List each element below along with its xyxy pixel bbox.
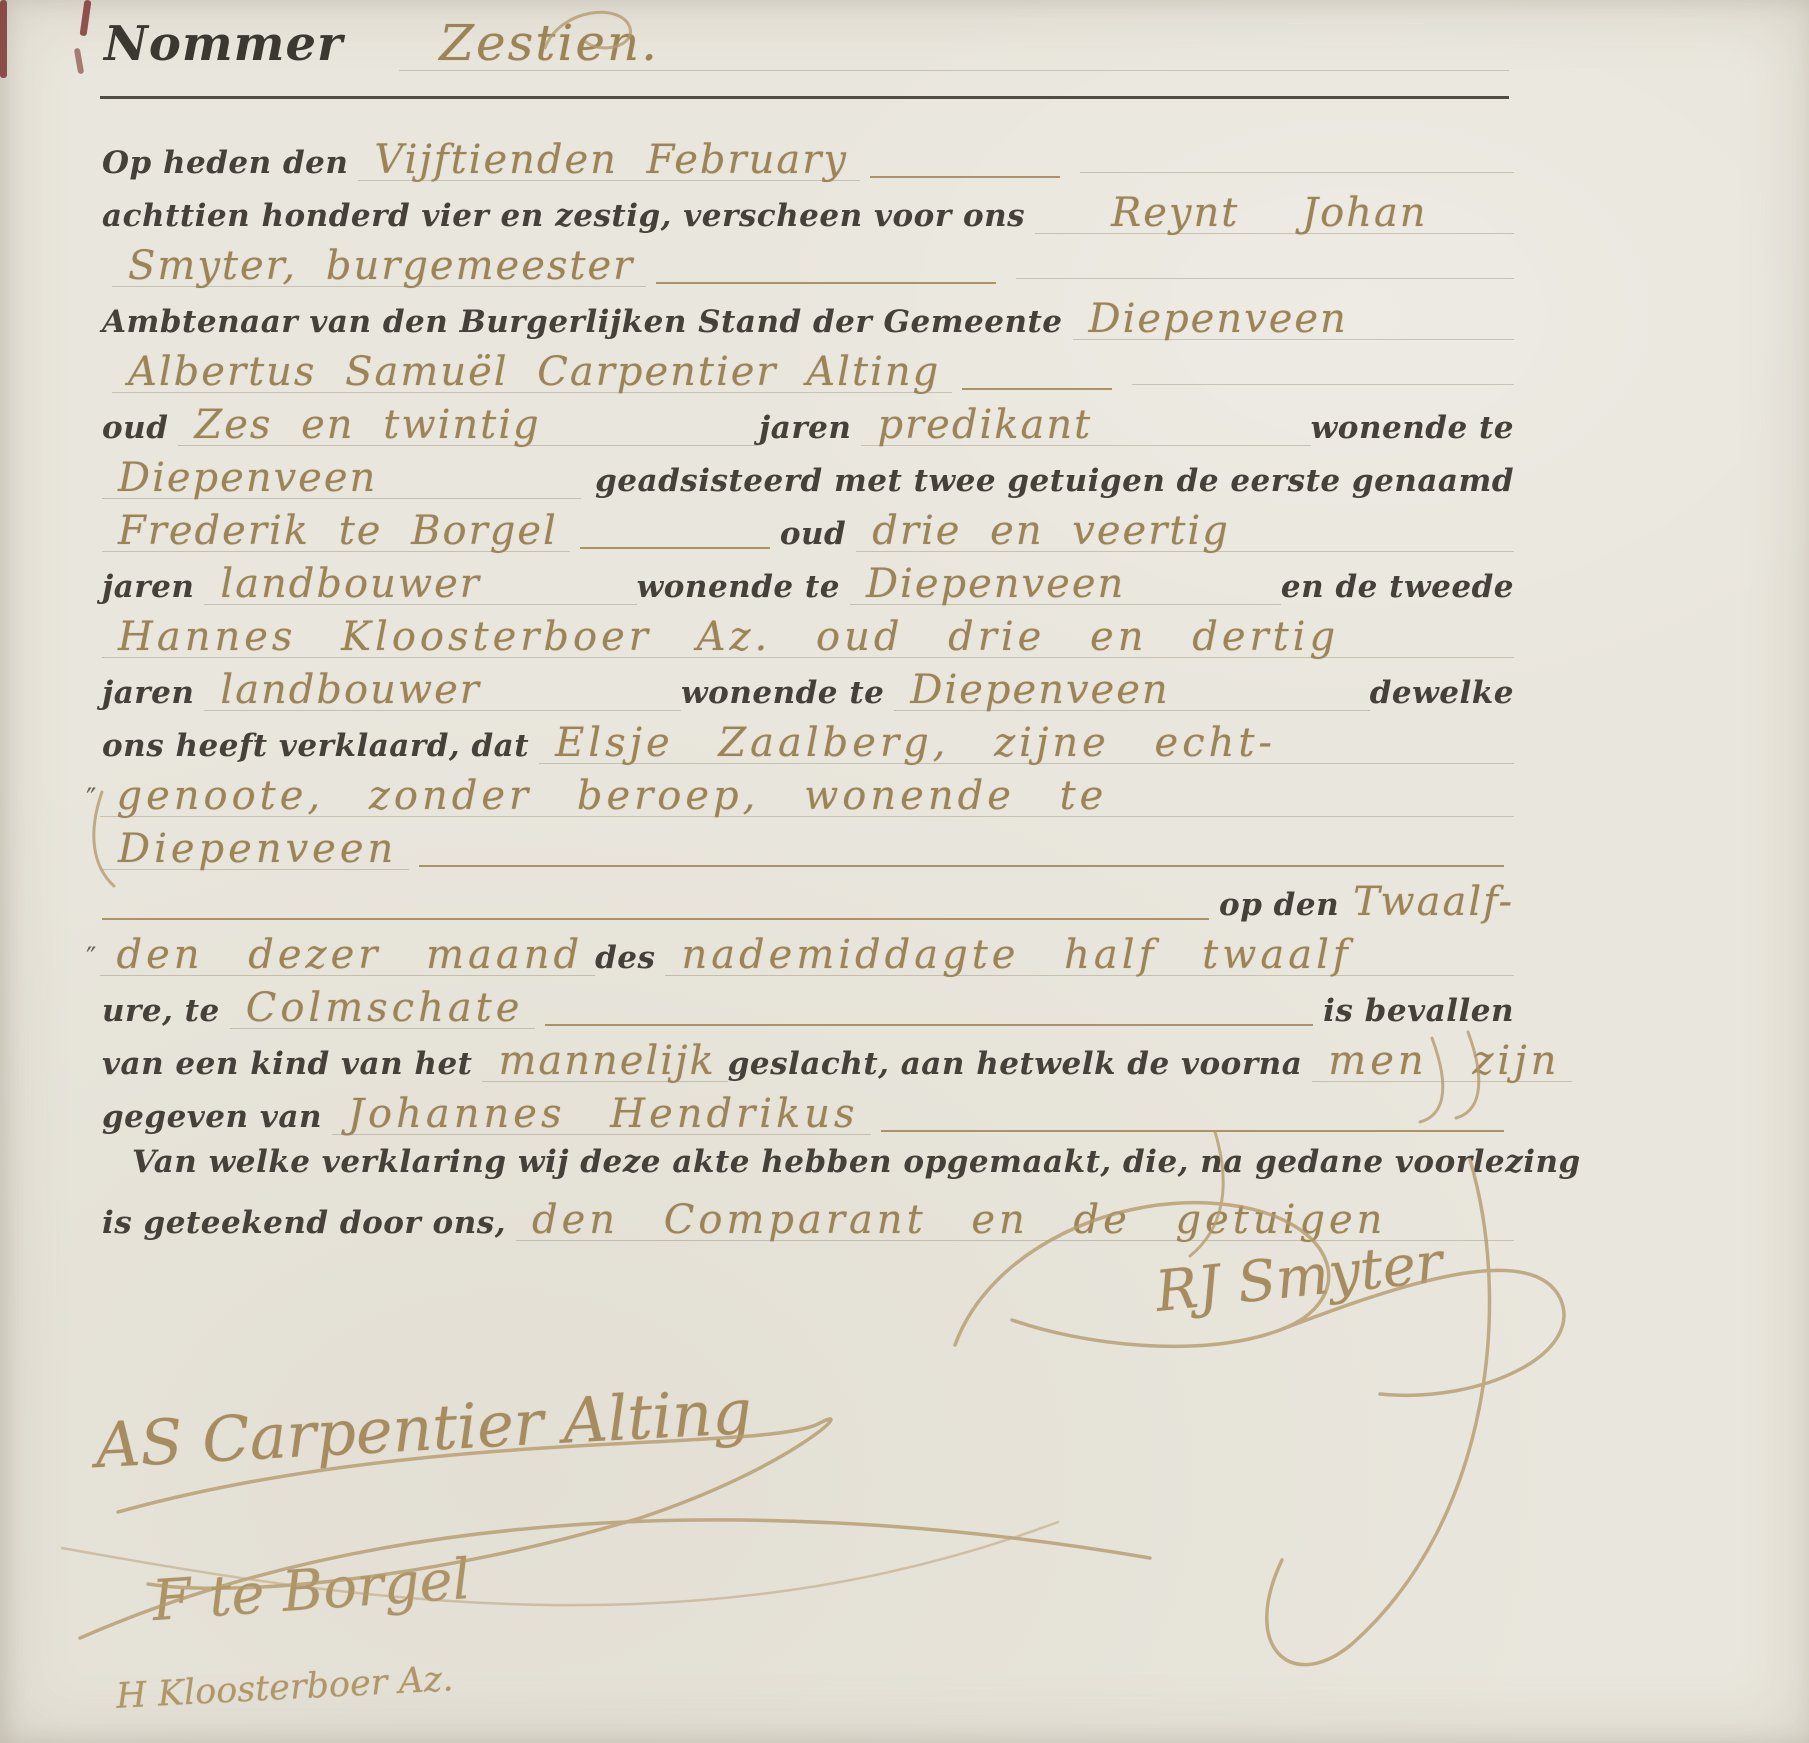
printed-text: van een kind van het xyxy=(102,1049,472,1080)
text-line: op den Twaalf- xyxy=(102,882,1514,935)
printed-text: oud xyxy=(780,519,846,550)
text-line: jaren landbouwer wonende te Diepenveen e… xyxy=(102,564,1514,617)
handwritten-entry: Diepenveen xyxy=(1073,299,1514,340)
printed-text: jaren xyxy=(102,678,194,709)
handwritten-entry: genoote, zonder beroep, wonende te xyxy=(100,776,1514,817)
printed-text: dewelke xyxy=(1370,678,1514,709)
handwritten-entry: landbouwer xyxy=(204,564,636,605)
handwritten-entry: Diepenveen xyxy=(102,829,409,870)
printed-text: wonende te xyxy=(637,572,840,603)
ink-dash xyxy=(102,918,1209,920)
blank-fill-line xyxy=(1132,384,1514,385)
handwritten-entry: nademiddagte half twaalf xyxy=(665,935,1514,976)
ink-dash xyxy=(962,388,1112,390)
printed-text: op den xyxy=(1219,890,1339,921)
handwritten-text: Albertus Samuël Carpentier Alting xyxy=(128,349,940,395)
handwritten-entry: Diepenveen xyxy=(894,670,1369,711)
handwritten-entry: Hannes Kloosterboer Az. oud drie en dert… xyxy=(102,617,1514,658)
handwritten-text: genoote, zonder beroep, wonende te xyxy=(116,773,1107,819)
handwritten-entry: den dezer maand xyxy=(100,935,595,976)
handwritten-text: Frederik te Borgel xyxy=(118,508,558,554)
handwritten-text: Johannes Hendrikus xyxy=(348,1091,859,1137)
ink-dash xyxy=(870,176,1060,178)
printed-text: is geteekend door ons, xyxy=(102,1208,506,1239)
printed-text: oud xyxy=(102,413,168,444)
ink-dash xyxy=(419,865,1504,867)
handwritten-text: landbouwer xyxy=(220,561,481,607)
printed-text: geadsisteerd met twee getuigen de eerste… xyxy=(595,466,1514,497)
blank-fill-line xyxy=(1080,172,1514,173)
document-number-row: Nommer Zestien. xyxy=(104,16,1509,72)
text-line: Hannes Kloosterboer Az. oud drie en dert… xyxy=(102,617,1514,670)
text-line: Ambtenaar van den Burgerlijken Stand der… xyxy=(102,299,1514,352)
text-line: Van welke verklaring wij deze akte hebbe… xyxy=(102,1147,1514,1200)
handwritten-entry: predikant xyxy=(861,405,1310,446)
ink-dash xyxy=(656,282,996,284)
ink-dash xyxy=(580,547,770,549)
margin-continuation-mark: ″ xyxy=(86,782,96,815)
handwritten-text: drie en veertig xyxy=(872,508,1230,554)
text-line: ons heeft verklaard, dat Elsje Zaalberg,… xyxy=(102,723,1514,776)
handwritten-text: Diepenveen xyxy=(866,561,1125,607)
handwritten-entry: Elsje Zaalberg, zijne echt- xyxy=(539,723,1514,764)
handwritten-entry: Albertus Samuël Carpentier Alting xyxy=(112,352,952,393)
printed-text: wonende te xyxy=(681,678,884,709)
printed-text: jaren xyxy=(102,572,194,603)
text-line: Smyter, burgemeester xyxy=(102,246,1514,299)
handwritten-text: Colmschate xyxy=(246,985,524,1031)
text-line: oud Zes en twintig jaren predikant wonen… xyxy=(102,405,1514,458)
handwritten-text: nademiddagte half twaalf xyxy=(681,932,1351,978)
handwritten-entry: Diepenveen xyxy=(850,564,1281,605)
handwritten-entry: Diepenveen xyxy=(102,458,581,499)
handwritten-text: Hannes Kloosterboer Az. oud drie en dert… xyxy=(118,614,1339,660)
handwritten-text: Elsje Zaalberg, zijne echt- xyxy=(555,720,1276,766)
text-line: ure, te Colmschate is bevallen xyxy=(102,988,1514,1041)
number-label: Nommer xyxy=(104,16,343,72)
handwritten-text: mannelijk xyxy=(498,1038,715,1084)
printed-text: ure, te xyxy=(102,996,220,1027)
handwritten-entry: Smyter, burgemeester xyxy=(112,246,646,287)
header-rule xyxy=(100,96,1509,99)
handwritten-text: den dezer maand xyxy=(116,932,583,978)
page-edge-ink-mark xyxy=(80,0,92,36)
margin-continuation-mark: ″ xyxy=(86,941,96,974)
text-line: van een kind van het mannelijk geslacht,… xyxy=(102,1041,1514,1094)
signature-witness1: F te Borgel xyxy=(150,1547,472,1634)
printed-text: ons heeft verklaard, dat xyxy=(102,731,529,762)
handwritten-entry: Johannes Hendrikus xyxy=(332,1094,871,1135)
handwritten-entry: Reynt Johan xyxy=(1035,193,1514,234)
handwritten-text: Diepenveen xyxy=(118,826,397,872)
blank-fill-line xyxy=(1016,278,1514,279)
document-body: Op heden den Vijftienden February achtti… xyxy=(102,140,1514,1253)
text-line: ″ den dezer maand des nademiddagte half … xyxy=(102,935,1514,988)
handwritten-entry: Colmschate xyxy=(230,988,536,1029)
handwritten-text: Reynt Johan xyxy=(1051,190,1427,236)
printed-text: wonende te xyxy=(1311,413,1514,444)
text-line: Diepenveen xyxy=(102,829,1514,882)
ink-dash xyxy=(545,1024,1313,1026)
page-edge-ink-mark xyxy=(0,0,7,78)
text-line: Op heden den Vijftienden February xyxy=(102,140,1514,193)
printed-text: Van welke verklaring wij deze akte hebbe… xyxy=(102,1147,1581,1178)
handwritten-text: Diepenveen xyxy=(1089,296,1348,342)
handwritten-entry: drie en veertig xyxy=(856,511,1514,552)
printed-text: Ambtenaar van den Burgerlijken Stand der… xyxy=(102,307,1063,338)
number-value-handwritten: Zestien. xyxy=(439,14,659,72)
text-line: achttien honderd vier en zestig, versche… xyxy=(102,193,1514,246)
handwritten-text: Vijftienden February xyxy=(374,137,848,183)
handwritten-text: predikant xyxy=(877,402,1092,448)
printed-text: achttien honderd vier en zestig, versche… xyxy=(102,201,1025,232)
handwritten-entry: mannelijk xyxy=(482,1041,727,1082)
printed-text: gegeven van xyxy=(102,1102,322,1133)
printed-text: Op heden den xyxy=(102,148,348,179)
printed-text: jaren xyxy=(759,413,851,444)
text-line: Albertus Samuël Carpentier Alting xyxy=(102,352,1514,405)
handwritten-entry: den Comparant en de getuigen xyxy=(516,1200,1514,1241)
handwritten-entry: landbouwer xyxy=(204,670,681,711)
handwritten-text: men zijn xyxy=(1328,1038,1560,1084)
handwritten-text: Smyter, burgemeester xyxy=(128,243,634,289)
handwritten-text: den Comparant en de getuigen xyxy=(532,1197,1386,1243)
printed-text: geslacht, aan hetwelk de voorna xyxy=(728,1049,1303,1080)
signature-witness2: H Kloosterboer Az. xyxy=(115,1659,454,1717)
number-fill-line: Zestien. xyxy=(399,18,1509,71)
text-line: gegeven van Johannes Hendrikus xyxy=(102,1094,1514,1147)
printed-text: en de tweede xyxy=(1281,572,1514,603)
handwritten-text: Diepenveen xyxy=(910,667,1169,713)
text-line: jaren landbouwer wonende te Diepenveen d… xyxy=(102,670,1514,723)
printed-text: des xyxy=(595,943,655,974)
handwritten-entry: men zijn xyxy=(1312,1041,1572,1082)
handwritten-text: landbouwer xyxy=(220,667,481,713)
handwritten-entry: Vijftienden February xyxy=(358,140,860,181)
handwritten-text: Diepenveen xyxy=(118,455,377,501)
text-line: Diepenveen geadsisteerd met twee getuige… xyxy=(102,458,1514,511)
ink-dash xyxy=(881,1130,1504,1132)
page-edge-ink-mark xyxy=(74,48,84,75)
handwritten-text: Zes en twintig xyxy=(194,402,540,448)
text-line: ″ genoote, zonder beroep, wonende te xyxy=(102,776,1514,829)
birth-certificate-scan: Nommer Zestien. Op heden den Vijftienden… xyxy=(0,0,1809,1743)
handwritten-entry: Frederik te Borgel xyxy=(102,511,570,552)
text-line: Frederik te Borgel oud drie en veertig xyxy=(102,511,1514,564)
printed-text: is bevallen xyxy=(1323,996,1514,1027)
handwritten-entry: Zes en twintig xyxy=(178,405,759,446)
signature-comparant: AS Carpentier Alting xyxy=(94,1375,754,1482)
handwritten-text: Twaalf- xyxy=(1353,882,1514,922)
